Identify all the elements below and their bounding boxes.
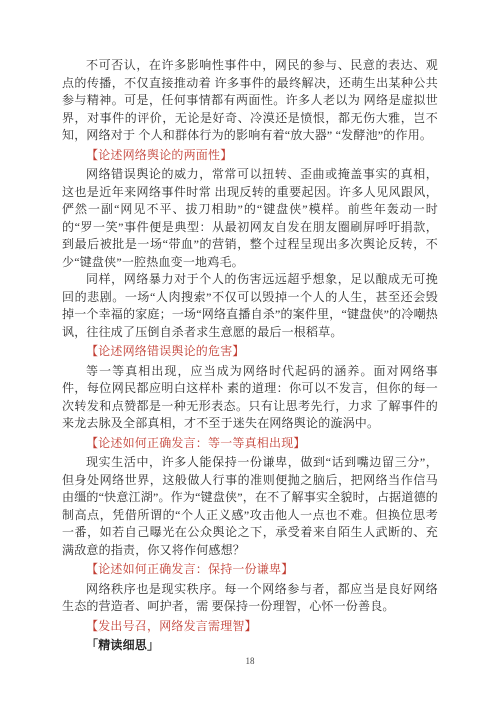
annotation-note-5: 【发出号召，网络发言需理智】: [62, 618, 438, 636]
body-paragraph-3: 同样，网络暴力对于个人的伤害远远超乎想象，足以酿成无可挽回的悲剧。一场“人肉搜索…: [62, 271, 438, 341]
page-number: 18: [0, 656, 500, 666]
section-heading: 「精读细思」: [62, 637, 438, 655]
annotation-note-4: 【论述如何正确发言：保持一份谦卑】: [62, 561, 438, 579]
annotation-note-1: 【论述网络舆论的两面性】: [62, 147, 438, 165]
body-paragraph-1: 不可否认，在许多影响性事件中，网民的参与、民意的表达、观点的传播，不仅直接推动着…: [62, 57, 438, 145]
document-body: 不可否认，在许多影响性事件中，网民的参与、民意的表达、观点的传播，不仅直接推动着…: [62, 57, 438, 657]
body-paragraph-2: 网络错误舆论的威力，常常可以扭转、歪曲或掩盖事实的真相，这也是近年来网络事件时常…: [62, 166, 438, 271]
annotation-note-3: 【论述如何正确发言：等一等真相出现】: [62, 435, 438, 453]
body-paragraph-4: 等一等真相出现，应当成为网络时代起码的涵养。面对网络事件，每位网民都应明白这样朴…: [62, 363, 438, 433]
annotation-note-2: 【论述网络错误舆论的危害】: [62, 343, 438, 361]
document-page: 不可否认，在许多影响性事件中，网民的参与、民意的表达、观点的传播，不仅直接推动着…: [0, 0, 500, 707]
body-paragraph-6: 网络秩序也是现实秩序。每一个网络参与者，都应当是良好网络生态的营造者、呵护者，需…: [62, 581, 438, 616]
body-paragraph-5: 现实生活中，许多人能保持一份谦卑，做到“话到嘴边留三分”，但身处网络世界，这般做…: [62, 454, 438, 559]
